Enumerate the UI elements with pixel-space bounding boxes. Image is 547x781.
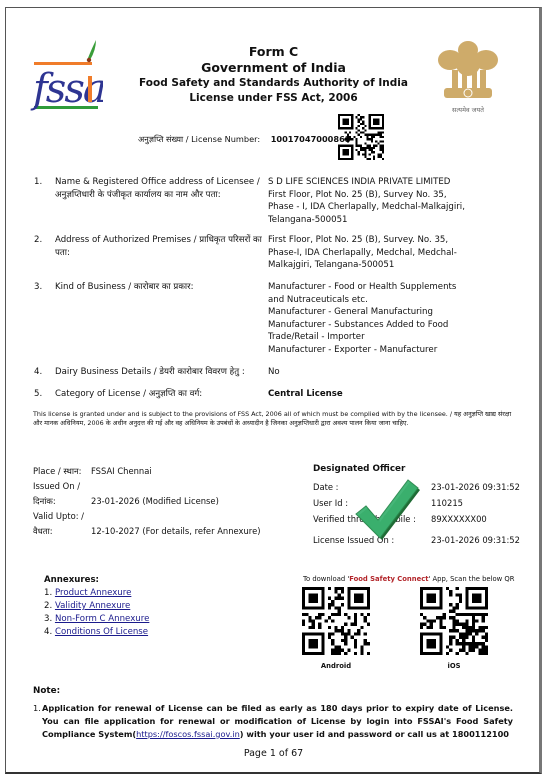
detail-value: S D LIFE SCIENCES INDIA PRIVATE LIMITEDF…	[268, 176, 508, 226]
license-category-value: Central License	[268, 388, 508, 401]
license-qr-code-icon	[338, 114, 384, 160]
annexures-title: Annexures:	[44, 574, 149, 587]
app-name: Food Safety Connect	[349, 575, 428, 583]
act-title: License under FSS Act, 2006	[0, 91, 547, 106]
document-header: Form C Government of India Food Safety a…	[0, 44, 547, 106]
valid-upto-row: Valid Upto: / वैधता:12-10-2027 (For deta…	[33, 509, 261, 539]
form-title: Form C	[0, 44, 547, 60]
detail-value: Manufacturer - Food or Health Supplement…	[268, 281, 508, 356]
detail-label: Address of Authorized Premises / प्राधिक…	[55, 234, 265, 259]
government-title: Government of India	[0, 60, 547, 76]
detail-label: Kind of Business / कारोबार का प्रकार:	[55, 281, 265, 294]
annexures-list: Annexures: 1. Product Annexure 2. Validi…	[44, 574, 149, 639]
ios-label: iOS	[420, 662, 488, 670]
issued-on-row: Issued On / दिनांक:23-01-2026 (Modified …	[33, 479, 261, 509]
authority-title: Food Safety and Standards Authority of I…	[0, 76, 547, 91]
android-qr-code-icon[interactable]: Android	[302, 587, 370, 655]
android-label: Android	[302, 662, 370, 670]
officer-userid-row: User Id :110215	[313, 495, 543, 511]
license-disclaimer: This license is granted under and is sub…	[33, 410, 513, 428]
officer-date-row: Date :23-01-2026 09:31:52	[313, 479, 543, 495]
license-number-label: अनुज्ञप्ति संख्या / License Number:	[138, 134, 260, 144]
detail-value: No	[268, 366, 508, 379]
detail-value: First Floor, Plot No. 25 (B), Survey. No…	[268, 234, 508, 272]
detail-label: Dairy Business Details / डेयरी कारोबार व…	[55, 366, 265, 379]
note-title: Note:	[33, 686, 60, 696]
ios-qr-code-icon[interactable]: iOS	[420, 587, 488, 655]
license-number-line: अनुज्ञप्ति संख्या / License Number: 1001…	[138, 134, 350, 145]
page-number: Page 1 of 67	[0, 748, 547, 759]
designated-officer-block: Designated Officer Date :23-01-2026 09:3…	[313, 464, 543, 548]
detail-label: Category of License / अनुज्ञप्ति का वर्ग…	[55, 388, 265, 401]
note-item: 1. Application for renewal of License ca…	[33, 702, 513, 741]
conditions-of-license-link[interactable]: Conditions Of License	[55, 627, 148, 637]
product-annexure-link[interactable]: Product Annexure	[55, 588, 131, 598]
officer-title: Designated Officer	[313, 464, 543, 474]
verified-check-icon	[352, 476, 420, 542]
issue-info: Place / स्थान:FSSAI Chennai Issued On / …	[33, 464, 261, 539]
license-issued-on-row: License Issued On :23-01-2026 09:31:52	[313, 532, 543, 548]
officer-mobile-row: Verified through Mobile :89XXXXXX00	[313, 511, 543, 527]
app-download-text: To download 'Food Safety Connect' App, S…	[303, 575, 514, 583]
place-row: Place / स्थान:FSSAI Chennai	[33, 464, 261, 479]
svg-text:सत्यमेव जयते: सत्यमेव जयते	[452, 106, 484, 114]
non-form-c-annexure-link[interactable]: Non-Form C Annexure	[55, 614, 149, 624]
detail-label: Name & Registered Office address of Lice…	[55, 176, 265, 201]
foscos-link[interactable]: https://foscos.fssai.gov.in	[136, 729, 240, 739]
validity-annexure-link[interactable]: Validity Annexure	[55, 601, 130, 611]
